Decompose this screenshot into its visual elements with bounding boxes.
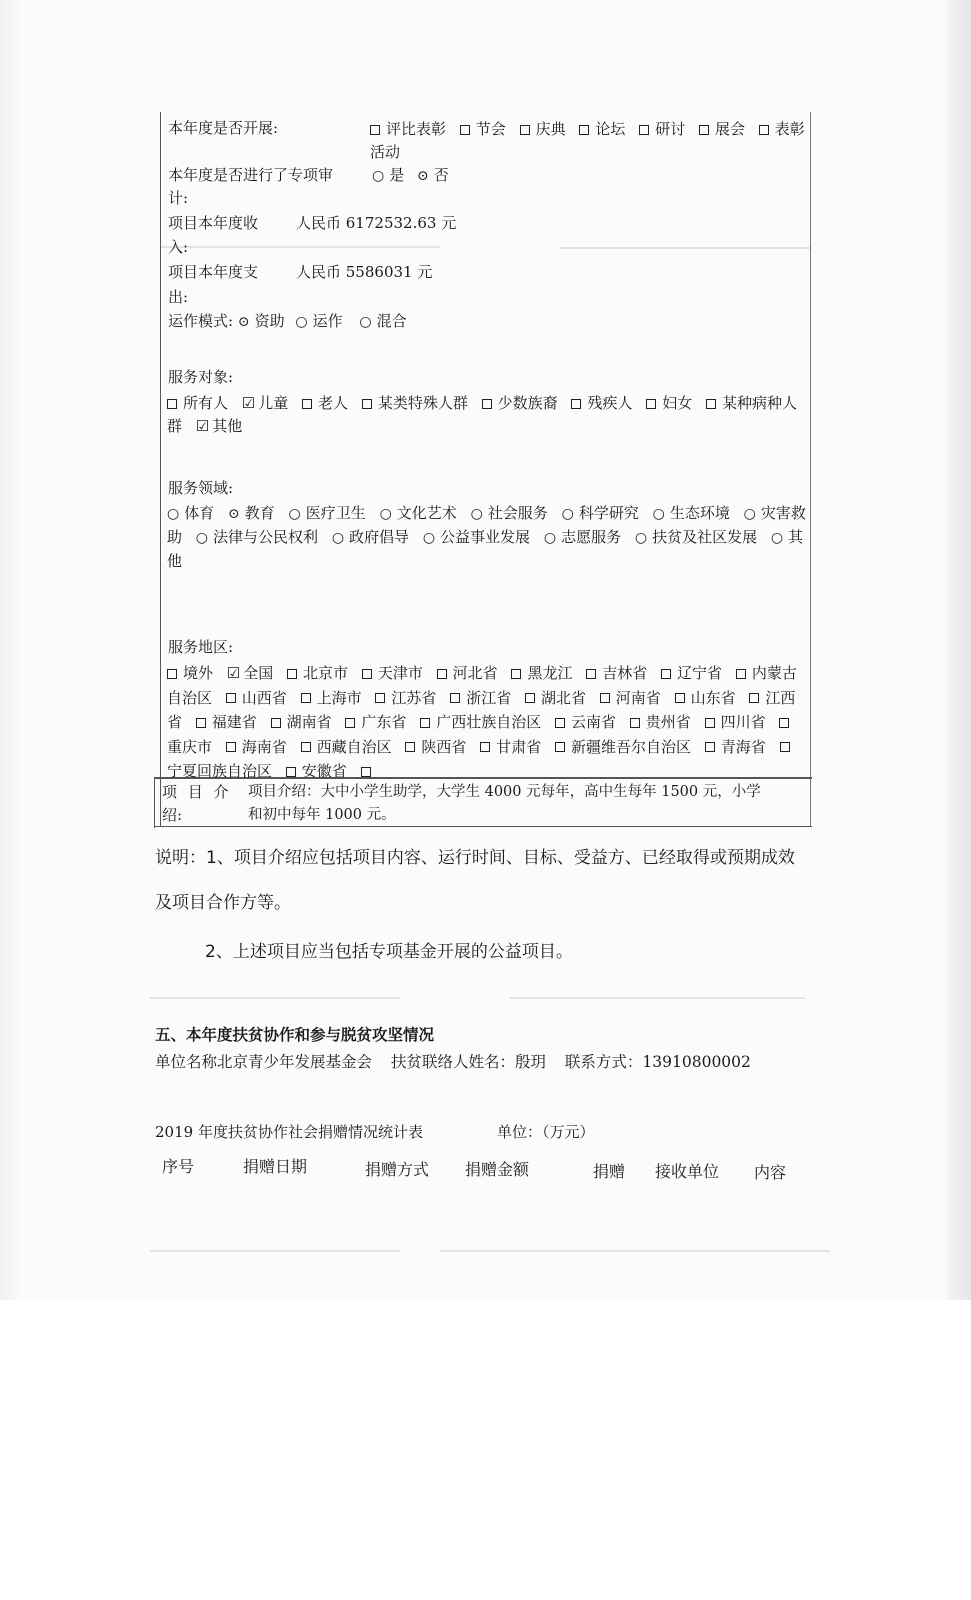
target-option[interactable]: 老人 bbox=[302, 394, 348, 412]
region-option[interactable]: 辽宁省 bbox=[661, 664, 722, 682]
region-option[interactable]: 北京市 bbox=[287, 664, 348, 682]
region-option[interactable]: 广东省 bbox=[345, 713, 406, 731]
scan-artifact bbox=[440, 1250, 830, 1252]
expense-label-cont: 出: bbox=[168, 287, 188, 307]
service-fields-options: ○体育 ⊙教育 ○医疗卫生 ○文化艺术 ○社会服务 ○科学研究 ○生态环境 ○灾… bbox=[167, 502, 807, 573]
income-label: 项目本年度收 bbox=[168, 213, 258, 233]
checkbox-icon[interactable] bbox=[579, 125, 589, 135]
target-option[interactable]: 残疾人 bbox=[571, 394, 632, 412]
checkbox-icon[interactable] bbox=[362, 669, 372, 679]
contact-line: 单位名称北京青少年发展基金会 扶贫联络人姓名：殷玥 联系方式：139108000… bbox=[155, 1052, 751, 1072]
income-label-cont: 入: bbox=[168, 237, 188, 257]
radio-empty-icon[interactable]: ○ bbox=[380, 506, 392, 522]
checkbox-icon[interactable] bbox=[520, 125, 530, 135]
table-title: 2019 年度扶贫协作社会捐赠情况统计表 bbox=[155, 1122, 423, 1142]
service-regions-label: 服务地区: bbox=[168, 637, 233, 657]
radio-audit-no[interactable]: ⊙否 bbox=[417, 166, 449, 184]
checkbox-icon[interactable] bbox=[482, 399, 492, 409]
audit-options: ○是 ⊙否 bbox=[372, 165, 449, 186]
table-border-right bbox=[810, 112, 811, 827]
field-option[interactable]: ○公益事业发展 bbox=[423, 528, 530, 546]
expense-value: 人民币 5586031 元 bbox=[296, 262, 432, 282]
radio-mode-operate[interactable]: ○运作 bbox=[295, 312, 342, 330]
radio-selected-icon[interactable]: ⊙ bbox=[417, 168, 429, 184]
checkbox-icon[interactable] bbox=[600, 693, 610, 703]
activity-option[interactable]: 论坛 bbox=[579, 120, 625, 138]
target-option[interactable]: 某类特殊人群 bbox=[362, 394, 468, 412]
region-option[interactable]: 河北省 bbox=[437, 664, 498, 682]
scanned-page bbox=[0, 0, 971, 1300]
field-option[interactable]: ○社会服务 bbox=[471, 504, 548, 522]
field-option[interactable]: ○扶贫及社区发展 bbox=[635, 528, 757, 546]
radio-empty-icon[interactable]: ○ bbox=[167, 506, 179, 522]
target-option[interactable]: 妇女 bbox=[646, 394, 692, 412]
note-1: 说明：1、项目介绍应包括项目内容、运行时间、目标、受益方、已经取得或预期成效 bbox=[155, 848, 795, 868]
col-header-recipient: 接收单位 bbox=[655, 1162, 719, 1182]
section-title: 五、本年度扶贫协作和参与脱贫攻坚情况 bbox=[155, 1025, 434, 1045]
radio-empty-icon[interactable]: ○ bbox=[423, 530, 435, 546]
checkbox-icon[interactable] bbox=[286, 767, 296, 777]
activities-label: 本年度是否开展: bbox=[168, 118, 278, 138]
field-option[interactable]: ○科学研究 bbox=[562, 504, 639, 522]
radio-empty-icon[interactable]: ○ bbox=[562, 506, 574, 522]
checkbox-icon[interactable] bbox=[749, 693, 759, 703]
intro-label-cont: 绍: bbox=[162, 805, 182, 825]
operation-mode: 运作模式: ⊙资助 ○运作 ○混合 bbox=[168, 311, 407, 332]
checkbox-icon[interactable] bbox=[167, 669, 177, 679]
scan-artifact bbox=[150, 1250, 400, 1252]
radio-mode-mixed[interactable]: ○混合 bbox=[359, 312, 406, 330]
region-option[interactable]: 上海市 bbox=[301, 689, 362, 707]
region-option[interactable]: 青海省 bbox=[705, 738, 766, 756]
region-option[interactable]: 江苏省 bbox=[375, 689, 436, 707]
radio-selected-icon[interactable]: ⊙ bbox=[228, 506, 240, 522]
region-option[interactable]: 广西壮族自治区 bbox=[420, 713, 541, 731]
region-option[interactable]: 贵州省 bbox=[630, 713, 691, 731]
scan-artifact bbox=[150, 997, 400, 999]
operation-mode-label: 运作模式: bbox=[168, 312, 233, 330]
note-2: 2、上述项目应当包括专项基金开展的公益项目。 bbox=[205, 942, 573, 962]
scan-artifact bbox=[560, 247, 810, 249]
col-header-amount: 捐赠金额 bbox=[465, 1160, 529, 1180]
radio-selected-icon[interactable]: ⊙ bbox=[238, 314, 250, 330]
audit-label: 本年度是否进行了专项审 bbox=[168, 165, 333, 185]
region-option[interactable]: 河南省 bbox=[600, 689, 661, 707]
radio-empty-icon[interactable]: ○ bbox=[359, 314, 371, 330]
region-option[interactable]: 吉林省 bbox=[586, 664, 647, 682]
target-option[interactable]: ☑儿童 bbox=[242, 394, 288, 412]
checkbox-icon[interactable] bbox=[779, 718, 789, 728]
scan-edge-right bbox=[948, 0, 971, 1300]
checkbox-checked-icon[interactable]: ☑ bbox=[242, 394, 255, 412]
target-option[interactable]: 所有人 bbox=[167, 394, 228, 412]
contact-phone: 联系方式：13910800002 bbox=[565, 1053, 751, 1071]
region-option[interactable]: 境外 bbox=[167, 664, 213, 682]
target-option[interactable]: ☑其他 bbox=[196, 417, 242, 435]
col-header-index: 序号 bbox=[162, 1157, 194, 1177]
field-option[interactable]: ○文化艺术 bbox=[380, 504, 457, 522]
region-option[interactable]: 天津市 bbox=[362, 664, 423, 682]
checkbox-icon[interactable] bbox=[586, 669, 596, 679]
field-option[interactable]: ○医疗卫生 bbox=[289, 504, 366, 522]
checkbox-icon[interactable] bbox=[301, 693, 311, 703]
radio-empty-icon[interactable]: ○ bbox=[295, 314, 307, 330]
region-option[interactable] bbox=[361, 762, 377, 780]
radio-audit-yes[interactable]: ○是 bbox=[372, 166, 404, 184]
checkbox-icon[interactable] bbox=[361, 767, 371, 777]
activity-option[interactable]: 评比表彰 bbox=[370, 120, 446, 138]
checkbox-icon[interactable] bbox=[759, 125, 769, 135]
region-option[interactable]: 四川省 bbox=[705, 713, 766, 731]
region-option[interactable]: 山东省 bbox=[675, 689, 736, 707]
field-option[interactable]: ○政府倡导 bbox=[332, 528, 409, 546]
radio-empty-icon[interactable]: ○ bbox=[744, 506, 756, 522]
activity-option[interactable]: 节会 bbox=[460, 120, 506, 138]
activity-option[interactable]: 庆典 bbox=[520, 120, 566, 138]
radio-empty-icon[interactable]: ○ bbox=[372, 168, 384, 184]
checkbox-icon[interactable] bbox=[646, 399, 656, 409]
checkbox-icon[interactable] bbox=[699, 125, 709, 135]
radio-empty-icon[interactable]: ○ bbox=[771, 530, 783, 546]
org-name: 单位名称北京青少年发展基金会 bbox=[155, 1053, 372, 1071]
checkbox-icon[interactable] bbox=[167, 399, 177, 409]
checkbox-icon[interactable] bbox=[437, 669, 447, 679]
field-option[interactable]: ○体育 bbox=[167, 504, 214, 522]
checkbox-icon[interactable] bbox=[301, 742, 311, 752]
field-option[interactable]: ○生态环境 bbox=[653, 504, 730, 522]
table-border-bottom bbox=[154, 826, 812, 827]
region-option[interactable]: 黑龙江 bbox=[511, 664, 572, 682]
region-option[interactable]: 云南省 bbox=[555, 713, 616, 731]
checkbox-icon[interactable] bbox=[639, 125, 649, 135]
audit-label-cont: 计: bbox=[168, 188, 188, 208]
checkbox-icon[interactable] bbox=[675, 693, 685, 703]
radio-empty-icon[interactable]: ○ bbox=[471, 506, 483, 522]
radio-empty-icon[interactable]: ○ bbox=[635, 530, 647, 546]
scan-artifact bbox=[510, 997, 805, 999]
checkbox-icon[interactable] bbox=[405, 742, 415, 752]
checkbox-icon[interactable] bbox=[271, 718, 281, 728]
region-option[interactable]: 湖北省 bbox=[525, 689, 586, 707]
checkbox-icon[interactable] bbox=[287, 669, 297, 679]
checkbox-icon[interactable] bbox=[780, 742, 790, 752]
service-regions-options: 境外 ☑全国 北京市 天津市 河北省 黑龙江 吉林省 辽宁省 内蒙古自治区 山西… bbox=[167, 661, 807, 784]
checkbox-icon[interactable] bbox=[555, 718, 565, 728]
expense-label: 项目本年度支 bbox=[168, 262, 258, 282]
checkbox-icon[interactable] bbox=[302, 399, 312, 409]
checkbox-icon[interactable] bbox=[630, 718, 640, 728]
note-1-cont: 及项目合作方等。 bbox=[155, 893, 291, 913]
checkbox-icon[interactable] bbox=[571, 399, 581, 409]
region-option[interactable]: 湖南省 bbox=[271, 713, 332, 731]
radio-mode-grant[interactable]: ⊙资助 bbox=[238, 312, 285, 330]
table-border-left-intro bbox=[154, 778, 155, 828]
checkbox-icon[interactable] bbox=[525, 693, 535, 703]
radio-empty-icon[interactable]: ○ bbox=[289, 506, 301, 522]
checkbox-icon[interactable] bbox=[511, 669, 521, 679]
checkbox-icon[interactable] bbox=[555, 742, 565, 752]
scan-artifact bbox=[160, 246, 440, 248]
field-option[interactable]: ⊙教育 bbox=[228, 504, 275, 522]
checkbox-icon[interactable] bbox=[370, 125, 380, 135]
col-header-date: 捐赠日期 bbox=[243, 1157, 307, 1177]
region-option[interactable]: 甘肃省 bbox=[480, 738, 541, 756]
checkbox-icon[interactable] bbox=[226, 742, 236, 752]
checkbox-icon[interactable] bbox=[736, 669, 746, 679]
activity-option[interactable]: 展会 bbox=[699, 120, 745, 138]
table-border-left bbox=[160, 112, 161, 827]
intro-text: 项目介绍：大中小学生助学，大学生 4000 元每年，高中生每年 1500 元，小… bbox=[248, 782, 761, 802]
region-option[interactable]: 陕西省 bbox=[405, 738, 466, 756]
checkbox-icon[interactable] bbox=[226, 693, 236, 703]
radio-empty-icon[interactable]: ○ bbox=[653, 506, 665, 522]
checkbox-icon[interactable] bbox=[345, 718, 355, 728]
region-option[interactable]: ☑全国 bbox=[227, 664, 273, 682]
checkbox-checked-icon[interactable]: ☑ bbox=[196, 417, 209, 435]
checkbox-icon[interactable] bbox=[706, 399, 716, 409]
service-targets-options: 所有人 ☑儿童 老人 某类特殊人群 少数族裔 残疾人 妇女 某种病种人群 ☑其他 bbox=[167, 392, 807, 438]
checkbox-icon[interactable] bbox=[362, 399, 372, 409]
scan-edge-left bbox=[0, 0, 22, 1300]
service-targets-label: 服务对象: bbox=[168, 367, 233, 387]
checkbox-icon[interactable] bbox=[480, 742, 490, 752]
intro-label: 项 目 介 bbox=[162, 782, 229, 802]
region-option[interactable]: 浙江省 bbox=[450, 689, 511, 707]
checkbox-icon[interactable] bbox=[705, 742, 715, 752]
col-header-content: 内容 bbox=[754, 1163, 786, 1183]
radio-empty-icon[interactable]: ○ bbox=[544, 530, 556, 546]
contact-person: 扶贫联络人姓名：殷玥 bbox=[391, 1053, 546, 1071]
checkbox-icon[interactable] bbox=[196, 718, 206, 728]
table-unit: 单位：（万元） bbox=[497, 1122, 595, 1142]
checkbox-checked-icon[interactable]: ☑ bbox=[227, 664, 240, 682]
intro-text-cont: 和初中每年 1000 元。 bbox=[248, 805, 396, 825]
field-option[interactable]: ○志愿服务 bbox=[544, 528, 621, 546]
activity-option[interactable]: 研讨 bbox=[639, 120, 685, 138]
checkbox-icon[interactable] bbox=[420, 718, 430, 728]
col-header-donation: 捐赠 bbox=[593, 1162, 625, 1182]
checkbox-icon[interactable] bbox=[661, 669, 671, 679]
region-option[interactable]: 福建省 bbox=[196, 713, 257, 731]
region-option[interactable]: 西藏自治区 bbox=[301, 738, 392, 756]
target-option[interactable]: 少数族裔 bbox=[482, 394, 558, 412]
col-header-method: 捐赠方式 bbox=[365, 1160, 429, 1180]
checkbox-icon[interactable] bbox=[450, 693, 460, 703]
region-option[interactable]: 新疆维吾尔自治区 bbox=[555, 738, 691, 756]
income-value: 人民币 6172532.63 元 bbox=[296, 213, 456, 233]
service-fields-label: 服务领域: bbox=[168, 478, 233, 498]
field-option[interactable]: ○法律与公民权利 bbox=[196, 528, 318, 546]
checkbox-icon[interactable] bbox=[460, 125, 470, 135]
radio-empty-icon[interactable]: ○ bbox=[332, 530, 344, 546]
activities-options: 评比表彰 节会 庆典 论坛 研讨 展会 表彰活动 bbox=[370, 118, 810, 164]
region-option[interactable]: 山西省 bbox=[226, 689, 287, 707]
checkbox-icon[interactable] bbox=[705, 718, 715, 728]
radio-empty-icon[interactable]: ○ bbox=[196, 530, 208, 546]
region-option[interactable]: 安徽省 bbox=[286, 762, 347, 780]
checkbox-icon[interactable] bbox=[375, 693, 385, 703]
region-option[interactable]: 海南省 bbox=[226, 738, 287, 756]
